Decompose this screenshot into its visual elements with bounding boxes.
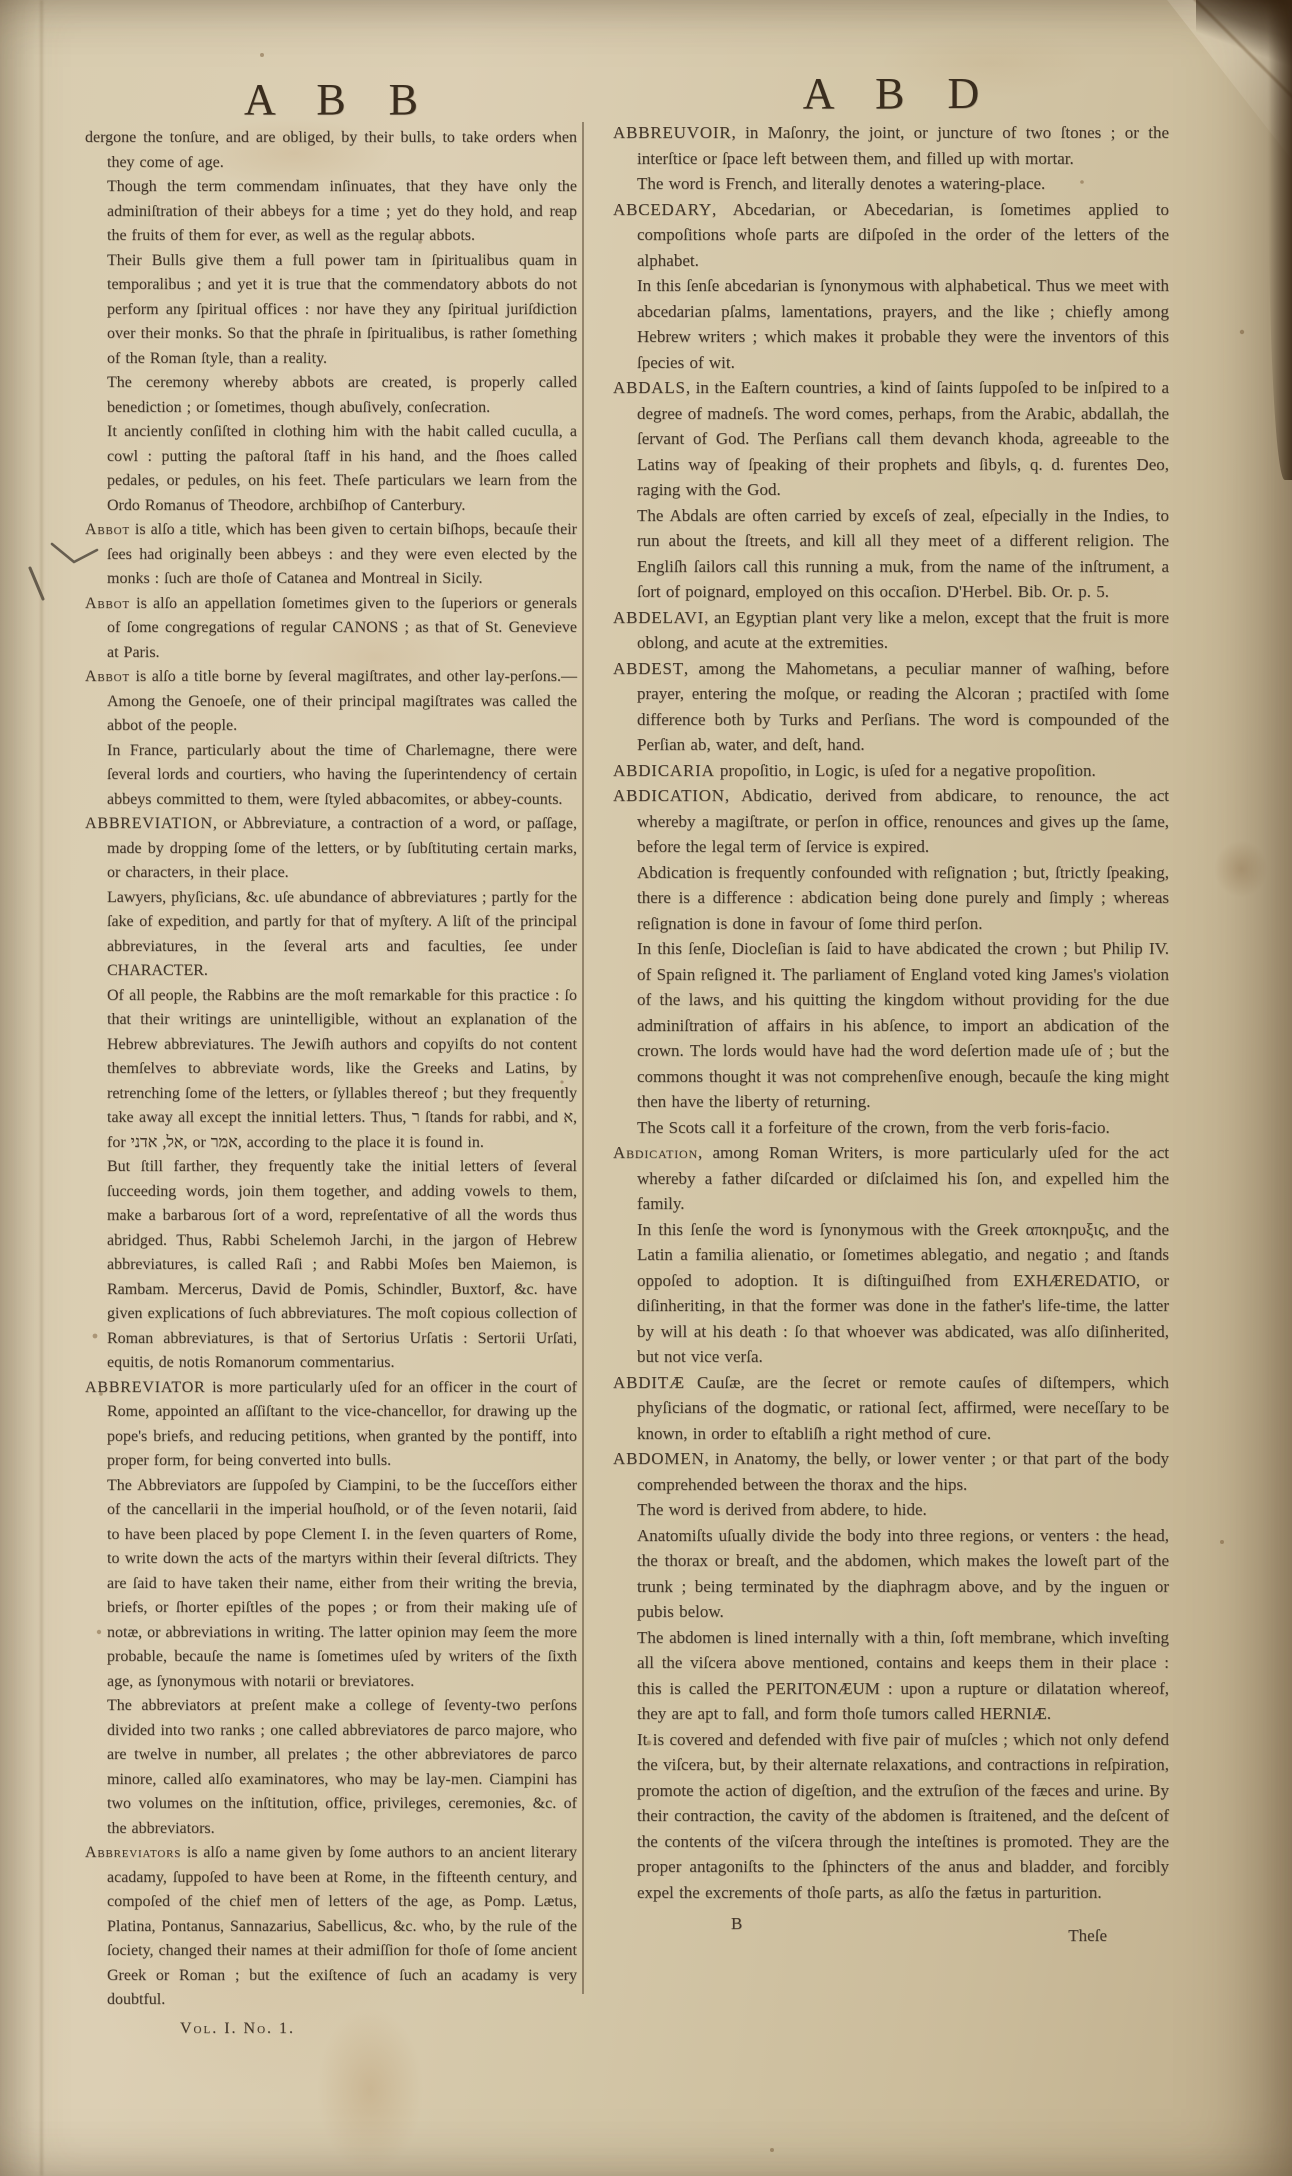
paragraph: It is covered and defended with five pai… (637, 1727, 1169, 1906)
right-column-text: ABBREUVOIR, in Maſonry, the joint, or ju… (613, 120, 1169, 1905)
entry-headword: ABDICATION (613, 786, 725, 805)
column-divider-rule (582, 122, 584, 1994)
entry-paragraph: ABDALS, in the Eaſtern countries, a kind… (637, 375, 1169, 503)
entry-paragraph: Abbot is alſo a title borne by ſeveral m… (107, 665, 577, 739)
entry-paragraph: Abbot is alſo a title, which has been gi… (107, 518, 577, 592)
printer-signature: B (731, 1911, 742, 1937)
entry-headword: ABDELAVI (613, 608, 704, 627)
entry-headword: Abbot (85, 521, 130, 538)
entry-paragraph: Abdication, among Roman Writers, is more… (637, 1140, 1169, 1217)
paragraph: Anatomiſts uſually divide the body into … (637, 1523, 1169, 1625)
running-title-right: A B D (613, 68, 1169, 119)
paragraph: The abdomen is lined internally with a t… (637, 1625, 1169, 1727)
entry-paragraph: ABDICARIA propoſitio, in Logic, is uſed … (637, 758, 1169, 784)
entry-headword: ABDOMEN (613, 1449, 705, 1468)
entry-paragraph: ABBREVIATION, or Abbreviature, a contrac… (107, 812, 577, 886)
paragraph: Their Bulls give them a full power tam i… (107, 249, 577, 372)
entry-paragraph: ABDOMEN, in Anatomy, the belly, or lower… (637, 1446, 1169, 1497)
photo-backdrop: A B B A B D dergone the tonſure, and are… (0, 0, 1292, 2176)
entry-headword: Abbot (85, 668, 130, 685)
catchword: Theſe (1068, 1923, 1107, 1949)
entry-headword: ABDALS (613, 378, 686, 397)
left-column-text: dergone the tonſure, and are obliged, by… (85, 126, 577, 2013)
entry-headword: Abbot (85, 595, 130, 612)
right-column: ABBREUVOIR, in Maſonry, the joint, or ju… (613, 120, 1169, 1941)
paragraph: dergone the tonſure, and are obliged, by… (107, 126, 577, 175)
entry-headword: ABBREVIATOR (85, 1379, 206, 1396)
entry-headword: Abbreviators (85, 1844, 181, 1861)
paragraph: The Abdals are often carried by exceſs o… (637, 503, 1169, 605)
paragraph: In this ſenſe the word is ſynonymous wit… (637, 1217, 1169, 1370)
running-title-left: A B B (85, 74, 577, 125)
book-page: A B B A B D dergone the tonſure, and are… (0, 0, 1292, 2176)
paragraph: The Abbreviators are ſuppoſed by Ciampin… (107, 1474, 577, 1695)
paragraph: Lawyers, phyſicians, &c. uſe abundance o… (107, 886, 577, 984)
paragraph: It anciently conſiſted in clothing him w… (107, 420, 577, 518)
left-column: dergone the tonſure, and are obliged, by… (85, 126, 577, 2041)
page-foot-row: B Theſe (613, 1911, 1169, 1941)
entry-headword: ABDITÆ (613, 1373, 685, 1392)
paragraph: Abdication is frequently confounded with… (637, 860, 1169, 937)
entry-headword: Abdication (613, 1143, 698, 1162)
entry-paragraph: ABDICATION, Abdicatio, derived from abdi… (637, 783, 1169, 860)
entry-headword: ABDICARIA (613, 761, 715, 780)
entry-paragraph: Abbreviators is alſo a name given by ſom… (107, 1841, 577, 2013)
paragraph: The abbreviators at preſent make a colle… (107, 1694, 577, 1841)
entry-paragraph: ABDITÆ Cauſæ, are the ſecret or remote c… (637, 1370, 1169, 1447)
page-left-edge (0, 0, 40, 2176)
entry-paragraph: ABCEDARY, Abcedarian, or Abecedarian, is… (637, 197, 1169, 274)
paragraph: Though the term commendam inſinuates, th… (107, 175, 577, 249)
paragraph: The word is derived from abdere, to hide… (637, 1497, 1169, 1523)
entry-paragraph: ABBREVIATOR is more particularly uſed fo… (107, 1376, 577, 1474)
paragraph: The ceremony whereby abbots are created,… (107, 371, 577, 420)
entry-headword: ABBREVIATION (85, 815, 213, 832)
entry-headword: ABBREUVOIR (613, 123, 732, 142)
entry-paragraph: ABDELAVI, an Egyptian plant very like a … (637, 605, 1169, 656)
paragraph: But ſtill farther, they frequently take … (107, 1155, 577, 1376)
entry-paragraph: ABDEST, among the Mahometans, a peculiar… (637, 656, 1169, 758)
entry-paragraph: ABBREUVOIR, in Maſonry, the joint, or ju… (637, 120, 1169, 171)
entry-paragraph: Abbot is alſo an appellation ſometimes g… (107, 592, 577, 666)
paragraph: The word is French, and literally denote… (637, 171, 1169, 197)
paragraph: The Scots call it a forfeiture of the cr… (637, 1115, 1169, 1141)
entry-headword: ABDEST (613, 659, 684, 678)
paragraph: In this ſenſe abcedarian is ſynonymous w… (637, 273, 1169, 375)
paper-stain (1212, 838, 1270, 900)
paragraph: In this ſenſe, Diocleſian is ſaid to hav… (637, 936, 1169, 1115)
page-right-edge-shadow (1268, 0, 1292, 480)
entry-headword: ABCEDARY (613, 200, 712, 219)
paragraph: Of all people, the Rabbins are the moſt … (107, 984, 577, 1156)
paragraph: In France, particularly about the time o… (107, 739, 577, 813)
page-left-edge-line (40, 0, 43, 2176)
volume-number-footer: Vol. I. No. 1. (180, 2017, 577, 2042)
